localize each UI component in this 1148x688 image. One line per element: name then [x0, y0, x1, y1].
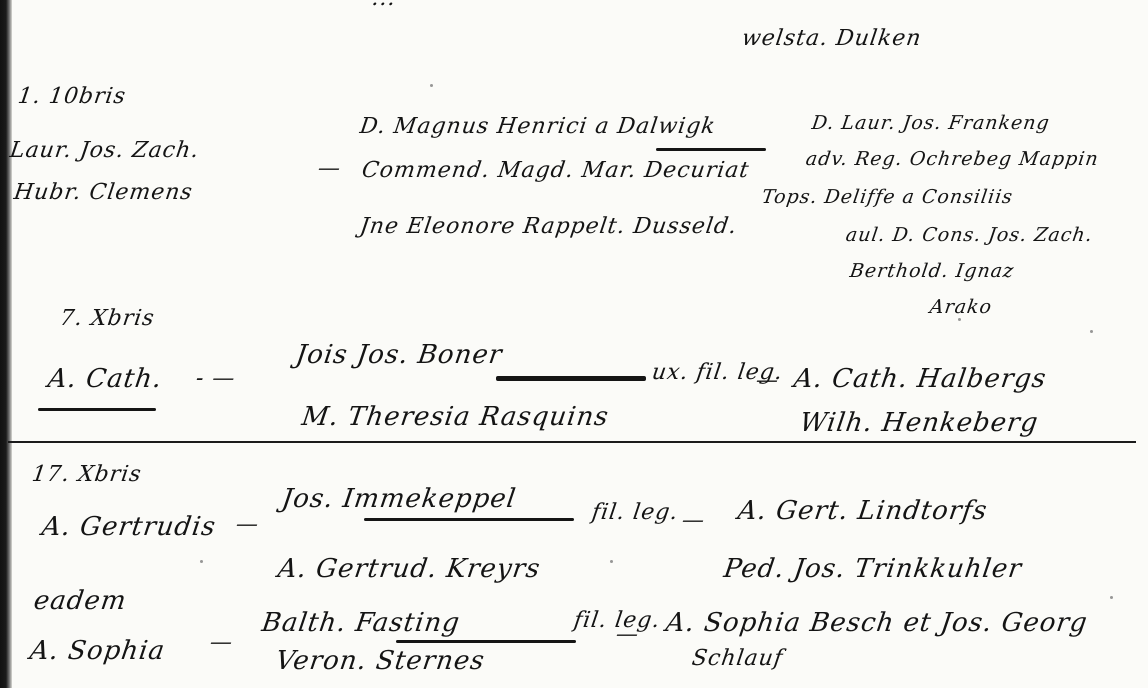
page-binding-edge [0, 0, 12, 688]
parent-line: D. Magnus Henrici a Dalwigk [358, 114, 717, 139]
scan-speck [430, 84, 433, 87]
entry-date: 17. Xbris [30, 462, 143, 487]
name-underline [396, 640, 576, 643]
register-page: ... welsta. Dulken 1. 10bris Laur. Jos. … [0, 0, 1148, 688]
godparent-line: aul. D. Cons. Jos. Zach. [844, 224, 1094, 246]
dash: — [316, 156, 343, 181]
dash: — [754, 368, 781, 393]
godparent-line: Ped. Jos. Trinkkuhler [722, 554, 1024, 584]
parent-line: M. Theresia Rasquins [300, 402, 611, 432]
dash: — [234, 512, 261, 537]
parent-line: Commend. Magd. Mar. Decuriat [360, 158, 751, 183]
parent-line: Balth. Fasting [260, 608, 462, 638]
header-fragment-top: ... [370, 0, 397, 11]
name-underline [496, 376, 646, 381]
scan-speck [200, 560, 203, 563]
scan-speck [610, 560, 613, 563]
dash: — [680, 508, 707, 533]
dash: - — [194, 366, 237, 391]
godparent-line: A. Gert. Lindtorfs [736, 496, 990, 526]
godparent-line: D. Laur. Jos. Frankeng [810, 112, 1051, 134]
legitimacy-note: fil. leg. [590, 500, 680, 525]
godparent-line: Wilh. Henkeberg [798, 408, 1040, 438]
scan-speck [958, 318, 961, 321]
header-fragment-right: welsta. Dulken [740, 26, 923, 51]
dash: — [208, 630, 235, 655]
godparent-line: Berthold. Ignaz [848, 260, 1015, 282]
godparent-line: A. Sophia Besch et Jos. Georg [664, 608, 1090, 638]
godparent-line: Schlauf [690, 646, 785, 671]
name-underline [38, 408, 156, 411]
child-name-line: A. Cath. [46, 364, 164, 394]
scan-speck [1090, 330, 1093, 333]
name-underline [364, 518, 574, 521]
parent-line: Veron. Sternes [274, 646, 487, 676]
godparent-line: adv. Reg. Ochrebeg Mappin [804, 148, 1100, 170]
godparent-line: Tops. Deliffe a Consiliis [760, 186, 1014, 208]
child-name-line: A. Gertrudis [40, 512, 218, 542]
dash: — [614, 622, 641, 647]
godparent-line: Arako [928, 296, 993, 318]
child-name-line: Laur. Jos. Zach. [8, 138, 201, 163]
godparent-line: A. Cath. Halbergs [792, 364, 1049, 394]
entry-separator-rule [8, 441, 1136, 443]
entry-date: 7. Xbris [58, 306, 156, 331]
child-name-line: Hubr. Clemens [12, 180, 194, 205]
name-underline [656, 148, 766, 151]
entry-date: eadem [32, 586, 129, 616]
parent-line: Jos. Immekeppel [280, 484, 518, 514]
child-name-line: A. Sophia [28, 636, 167, 666]
parent-line: Jois Jos. Boner [294, 340, 504, 370]
parent-line: Jne Eleonore Rappelt. Dusseld. [358, 214, 739, 239]
parent-line: A. Gertrud. Kreyrs [276, 554, 543, 584]
entry-date: 1. 10bris [16, 84, 127, 109]
scan-speck [1110, 596, 1113, 599]
